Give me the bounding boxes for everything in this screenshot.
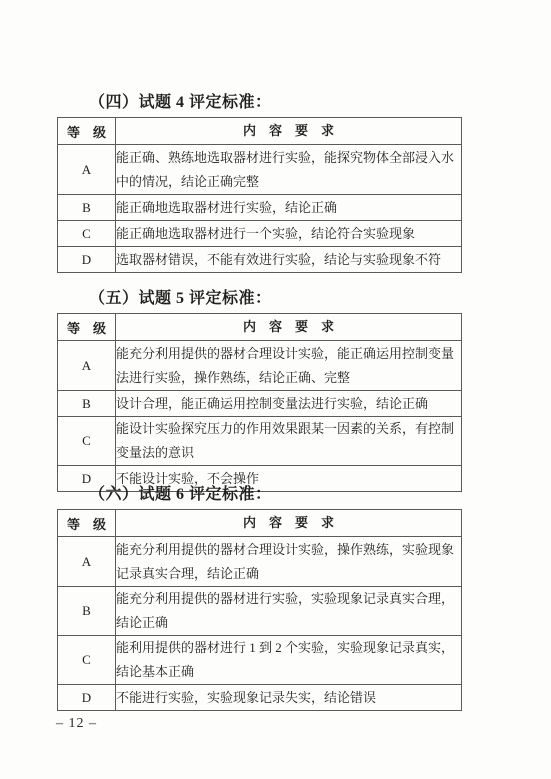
table-row: C 能设计实验探究压力的作用效果跟某一因素的关系，有控制变量法的意识 — [58, 417, 462, 466]
content-cell: 能正确地选取器材进行实验，结论正确 — [116, 195, 462, 221]
table-header-row: 等 级 内 容 要 求 — [58, 510, 462, 537]
section-title-question4: （四）试题 4 评定标准： — [89, 92, 461, 113]
column-header-grade: 等 级 — [58, 118, 116, 145]
grade-cell: A — [58, 145, 116, 195]
grade-cell: D — [58, 685, 116, 711]
grade-cell: D — [58, 247, 116, 273]
section-title-question5: （五）试题 5 评定标准： — [89, 288, 461, 309]
grade-cell: A — [58, 341, 116, 391]
content-cell: 不能进行实验，实验现象记录失实，结论错误 — [116, 685, 462, 711]
section-question6: （六）试题 6 评定标准： 等 级 内 容 要 求 A 能充分利用提供的器材合理… — [57, 484, 461, 711]
table-row: B 能正确地选取器材进行实验，结论正确 — [58, 195, 462, 221]
table-row: D 选取器材错误，不能有效进行实验，结论与实验现象不符 — [58, 247, 462, 273]
content-cell: 能利用提供的器材进行 1 到 2 个实验，实验现象记录真实，结论基本正确 — [116, 636, 462, 685]
grade-cell: B — [58, 587, 116, 636]
section-question5: （五）试题 5 评定标准： 等 级 内 容 要 求 A 能充分利用提供的器材合理… — [57, 288, 461, 492]
section-title-question6: （六）试题 6 评定标准： — [89, 484, 461, 505]
column-header-content: 内 容 要 求 — [116, 314, 462, 341]
table-row: B 能充分利用提供的器材进行实验，实验现象记录真实合理，结论正确 — [58, 587, 462, 636]
table-row: B 设计合理，能正确运用控制变量法进行实验，结论正确 — [58, 391, 462, 417]
column-header-grade: 等 级 — [58, 314, 116, 341]
table-row: A 能充分利用提供的器材合理设计实验，能正确运用控制变量法进行实验，操作熟练，结… — [58, 341, 462, 391]
grade-cell: C — [58, 221, 116, 247]
content-cell: 能充分利用提供的器材进行实验，实验现象记录真实合理，结论正确 — [116, 587, 462, 636]
table-row: C 能正确地选取器材进行一个实验，结论符合实验现象 — [58, 221, 462, 247]
column-header-content: 内 容 要 求 — [116, 118, 462, 145]
column-header-grade: 等 级 — [58, 510, 116, 537]
criteria-table-question5: 等 级 内 容 要 求 A 能充分利用提供的器材合理设计实验，能正确运用控制变量… — [57, 313, 462, 492]
content-cell: 能设计实验探究压力的作用效果跟某一因素的关系，有控制变量法的意识 — [116, 417, 462, 466]
content-cell: 能充分利用提供的器材合理设计实验，操作熟练，实验现象记录真实合理，结论正确 — [116, 537, 462, 587]
content-cell: 设计合理，能正确运用控制变量法进行实验，结论正确 — [116, 391, 462, 417]
grade-cell: B — [58, 195, 116, 221]
table-row: A 能充分利用提供的器材合理设计实验，操作熟练，实验现象记录真实合理，结论正确 — [58, 537, 462, 587]
table-header-row: 等 级 内 容 要 求 — [58, 314, 462, 341]
table-row: C 能利用提供的器材进行 1 到 2 个实验，实验现象记录真实，结论基本正确 — [58, 636, 462, 685]
column-header-content: 内 容 要 求 — [116, 510, 462, 537]
table-header-row: 等 级 内 容 要 求 — [58, 118, 462, 145]
grade-cell: B — [58, 391, 116, 417]
criteria-table-question4: 等 级 内 容 要 求 A 能正确、熟练地选取器材进行实验，能探究物体全部浸入水… — [57, 117, 462, 273]
grade-cell: C — [58, 636, 116, 685]
grade-cell: C — [58, 417, 116, 466]
content-cell: 能正确、熟练地选取器材进行实验，能探究物体全部浸入水中的情况，结论正确完整 — [116, 145, 462, 195]
page-number: – 12 – — [56, 716, 97, 732]
content-cell: 能充分利用提供的器材合理设计实验，能正确运用控制变量法进行实验，操作熟练，结论正… — [116, 341, 462, 391]
criteria-table-question6: 等 级 内 容 要 求 A 能充分利用提供的器材合理设计实验，操作熟练，实验现象… — [57, 509, 462, 711]
section-question4: （四）试题 4 评定标准： 等 级 内 容 要 求 A 能正确、熟练地选取器材进… — [57, 92, 461, 273]
grade-cell: A — [58, 537, 116, 587]
content-cell: 选取器材错误，不能有效进行实验，结论与实验现象不符 — [116, 247, 462, 273]
table-row: A 能正确、熟练地选取器材进行实验，能探究物体全部浸入水中的情况，结论正确完整 — [58, 145, 462, 195]
content-cell: 能正确地选取器材进行一个实验，结论符合实验现象 — [116, 221, 462, 247]
document-page: （四）试题 4 评定标准： 等 级 内 容 要 求 A 能正确、熟练地选取器材进… — [0, 0, 551, 779]
table-row: D 不能进行实验，实验现象记录失实，结论错误 — [58, 685, 462, 711]
